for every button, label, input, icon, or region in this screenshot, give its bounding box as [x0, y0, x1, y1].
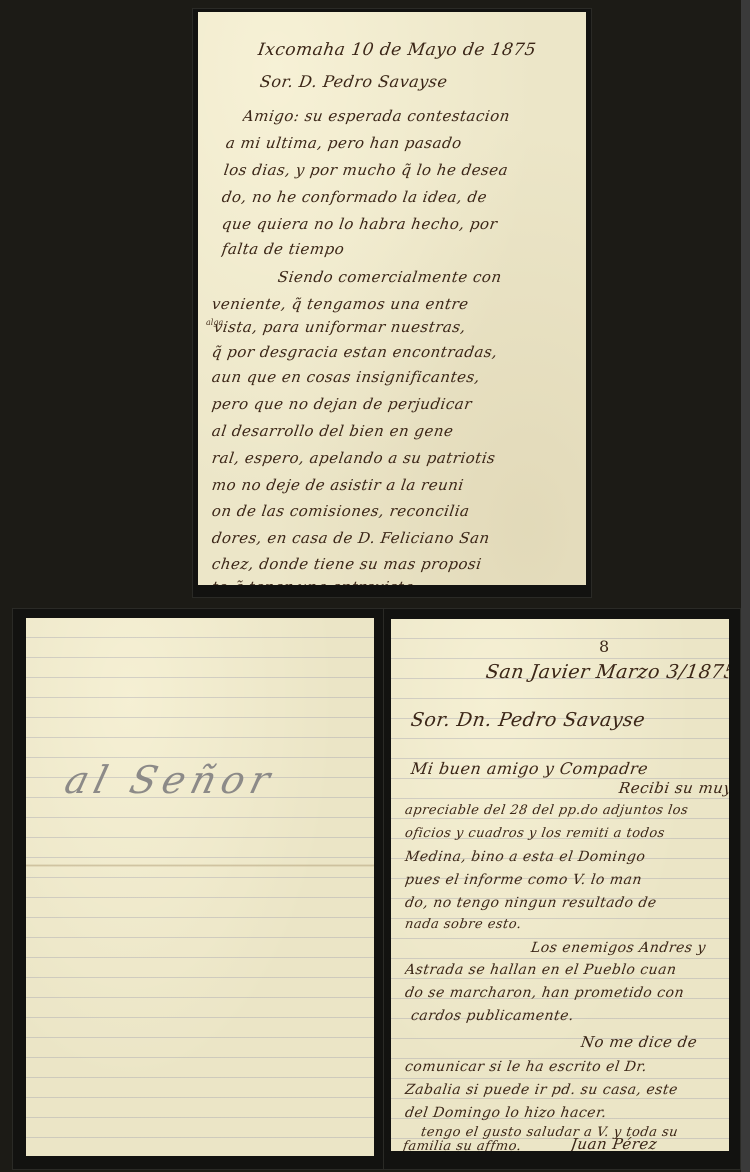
top-letter-line: do, no he conformado la idea, de [221, 188, 586, 206]
top-letter-salutation: Sor. D. Pedro Savayse [259, 72, 586, 91]
bottom-right-line: Los enemigos Andres y [530, 940, 729, 956]
top-letter-line: que quiera no lo habra hecho, por [221, 215, 586, 233]
top-letter-dateline: Ixcomaha 10 de Mayo de 1875 [257, 40, 586, 60]
bottom-right-line: do, no tengo ningun resultado de [404, 895, 729, 911]
top-letter-line: falta de tiempo [221, 240, 586, 258]
top-letter-line: Amigo: su esperada contestacion [242, 107, 586, 125]
top-letter-line: q̃ por desgracia estan encontradas, [211, 343, 586, 361]
top-letter-line: aun que en cosas insignificantes, [211, 368, 586, 386]
bottom-right-line: nada sobre esto. [404, 917, 729, 932]
top-letter-line: veniente, q̃ tengamos una entre [211, 295, 586, 313]
bottom-right-line: Astrada se hallan en el Pueblo cuan [404, 962, 729, 978]
top-letter-line: dores, en casa de D. Feliciano San [211, 529, 586, 547]
right-edge-strip [741, 0, 750, 1172]
top-letter-line: a mi ultima, pero han pasado [225, 134, 586, 152]
bottom-right-greeting: Mi buen amigo y Compadre [410, 759, 729, 778]
bottom-right-line: del Domingo lo hizo hacer. [404, 1105, 729, 1121]
bottom-right-salutation: Sor. Dn. Pedro Savayse [409, 709, 729, 731]
bottom-right-line: familia su affmo. [402, 1139, 522, 1151]
bottom-right-line: comunicar si le ha escrito el Dr. [404, 1059, 729, 1075]
top-letter-page: Ixcomaha 10 de Mayo de 1875 Sor. D. Pedr… [198, 12, 586, 585]
top-letter-line: mo no deje de asistir a la reuni [211, 476, 586, 494]
top-letter-line: Siendo comercialmente con [277, 268, 586, 286]
bottom-right-line: Zabalia si puede ir pd. su casa, este [404, 1082, 729, 1098]
fold-crease [26, 864, 374, 867]
bottom-right-line: apreciable del 28 del pp.do adjuntos los [404, 803, 729, 818]
bottom-right-line: No me dice de [580, 1033, 729, 1051]
top-letter-line: pero que no dejan de perjudicar [211, 395, 586, 413]
top-mark: 8 [599, 637, 609, 656]
pencil-scribble: al Señor [61, 758, 281, 802]
bottom-right-page: 8 San Javier Marzo 3/1875 Sor. Dn. Pedro… [391, 619, 729, 1151]
top-letter-line: to q̃ tener una entrevista [211, 578, 586, 585]
top-letter-line: on de las comisiones, reconcilia [211, 502, 586, 520]
top-letter-line: ral, espero, apelando a su patriotis [211, 449, 586, 467]
bottom-left-page: al Señor [26, 618, 374, 1156]
bottom-right-line: do se marcharon, han prometido con [404, 985, 729, 1001]
top-letter-line: chez, donde tiene su mas proposi [211, 555, 586, 573]
top-letter-line: al desarrollo del bien en gene [211, 422, 586, 440]
bottom-right-line: oficios y cuadros y los remiti a todos [404, 826, 729, 841]
bottom-right-line: Recibi su muy [618, 779, 729, 797]
bottom-right-line: Medina, bino a esta el Domingo [404, 849, 729, 865]
top-letter-line: los dias, y por mucho q̃ lo he desea [223, 161, 586, 179]
top-letter-line: vista, para uniformar nuestras, [213, 318, 586, 336]
bottom-right-signature: Juan Pérez [570, 1135, 659, 1151]
bottom-right-line: pues el informe como V. lo man [404, 872, 729, 888]
bottom-right-dateline: San Javier Marzo 3/1875 [484, 661, 729, 683]
bottom-right-line: cardos publicamente. [410, 1008, 729, 1024]
